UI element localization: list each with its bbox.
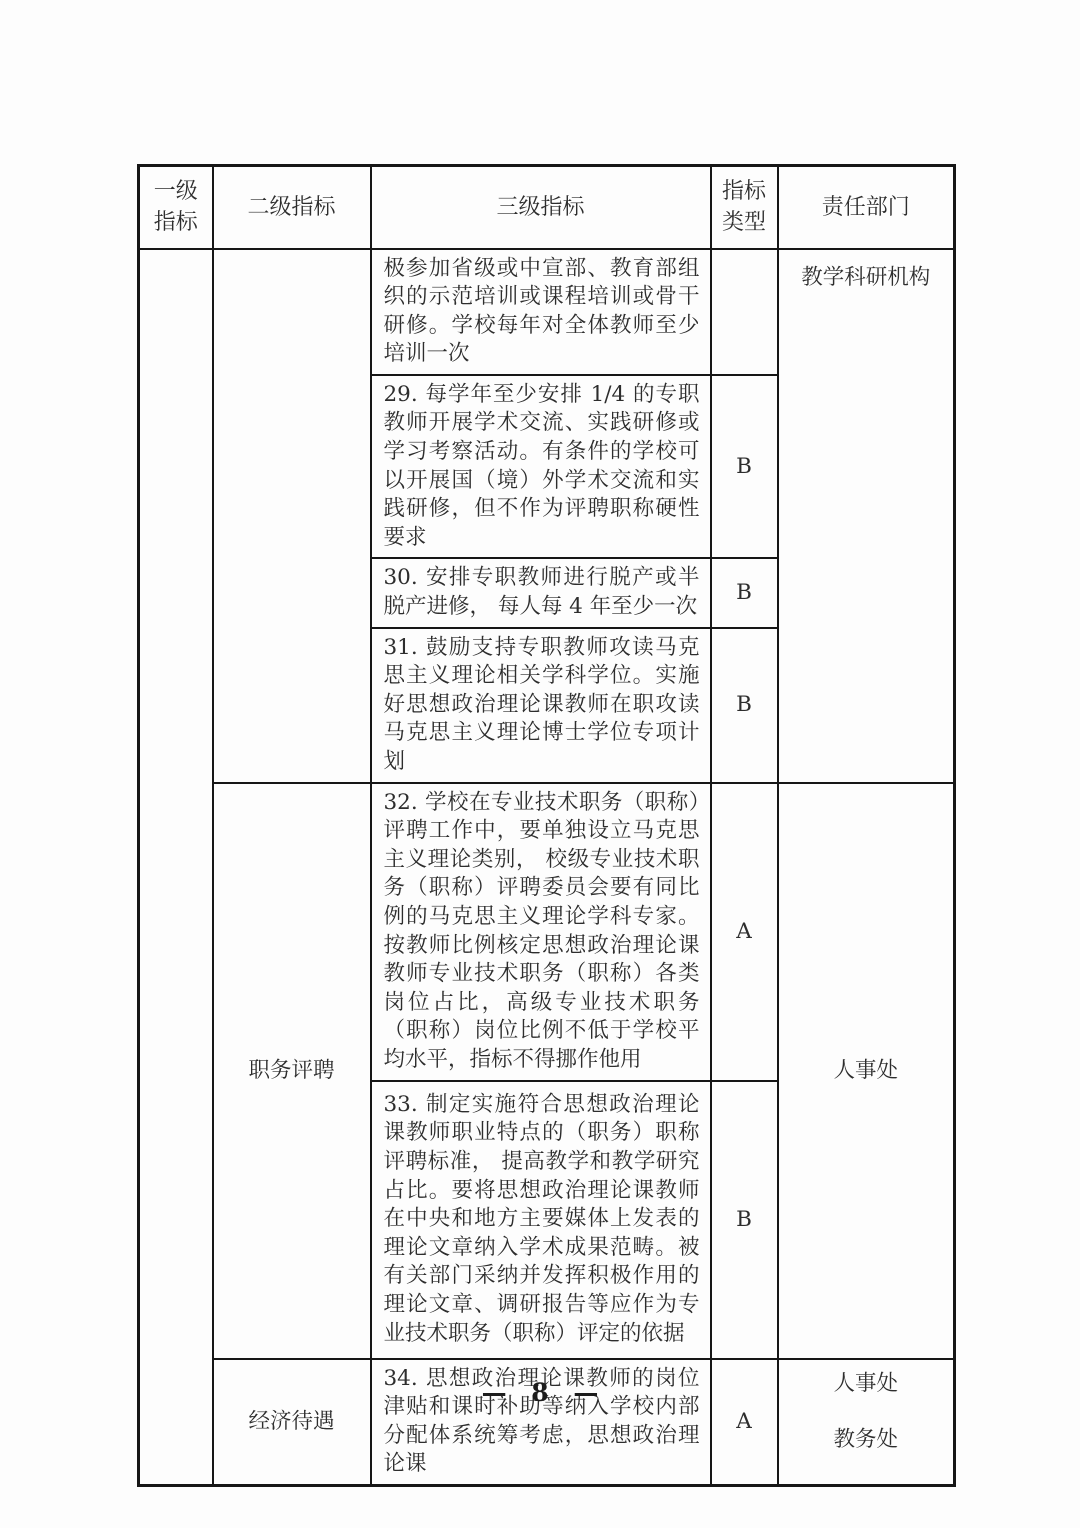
page-number: — 8 — [0,1378,1080,1407]
indicator-type-cell-28 [711,249,778,375]
table-row: 职务评聘 32. 学校在专业技术职务（职称）评聘工作中，要单独设立马克思主义理论… [139,783,955,1081]
header-cell-level2-indicator: 二级指标 [213,166,371,249]
table-header-row: 一级指标 二级指标 三级指标 指标类型 责任部门 [139,166,955,249]
header-cell-indicator-type: 指标类型 [711,166,778,249]
header-cell-responsible-department: 责任部门 [778,166,955,249]
indicator-type-cell-33: B [711,1081,778,1359]
indicator-type-cell-30: B [711,558,778,627]
indicator-type-cell-32: A [711,783,778,1081]
table-row: 极参加省级或中宣部、教育部组织的示范培训或课程培训或骨干研修。学校每年对全体教师… [139,249,955,375]
header-cell-level1-indicator: 一级指标 [139,166,213,249]
department-cell-group2: 人事处 [778,783,955,1359]
level3-indicator-cell-29: 29. 每学年至少安排 1/4 的专职教师开展学术交流、实践研修或学习考察活动。… [371,375,711,559]
indicator-type-cell-29: B [711,375,778,559]
header-cell-level3-indicator: 三级指标 [371,166,711,249]
document-page: 一级指标 二级指标 三级指标 指标类型 责任部门 极参加省级或中宣部、教育部组织… [0,0,1080,1528]
level2-indicator-empty-cell-group1 [213,249,371,783]
department-cell-group1: 教学科研机构 [778,249,955,783]
level3-indicator-cell-33: 33. 制定实施符合思想政治理论课教师职业特点的（职务）职称评聘标准， 提高教学… [371,1081,711,1359]
department-academic-affairs-office: 教务处 [787,1426,946,1454]
level3-indicator-cell-28-continued: 极参加省级或中宣部、教育部组织的示范培训或课程培训或骨干研修。学校每年对全体教师… [371,249,711,375]
level3-indicator-cell-31: 31. 鼓励支持专职教师攻读马克思主义理论相关学科学位。实施好思想政治理论课教师… [371,628,711,783]
indicator-type-cell-31: B [711,628,778,783]
level3-indicator-cell-32: 32. 学校在专业技术职务（职称）评聘工作中，要单独设立马克思主义理论类别， 校… [371,783,711,1081]
level3-indicator-cell-30: 30. 安排专职教师进行脱产或半脱产进修， 每人每 4 年至少一次 [371,558,711,627]
level1-indicator-empty-cell [139,249,213,1486]
indicator-table: 一级指标 二级指标 三级指标 指标类型 责任部门 极参加省级或中宣部、教育部组织… [137,164,956,1487]
level2-indicator-cell-job-evaluation: 职务评聘 [213,783,371,1359]
